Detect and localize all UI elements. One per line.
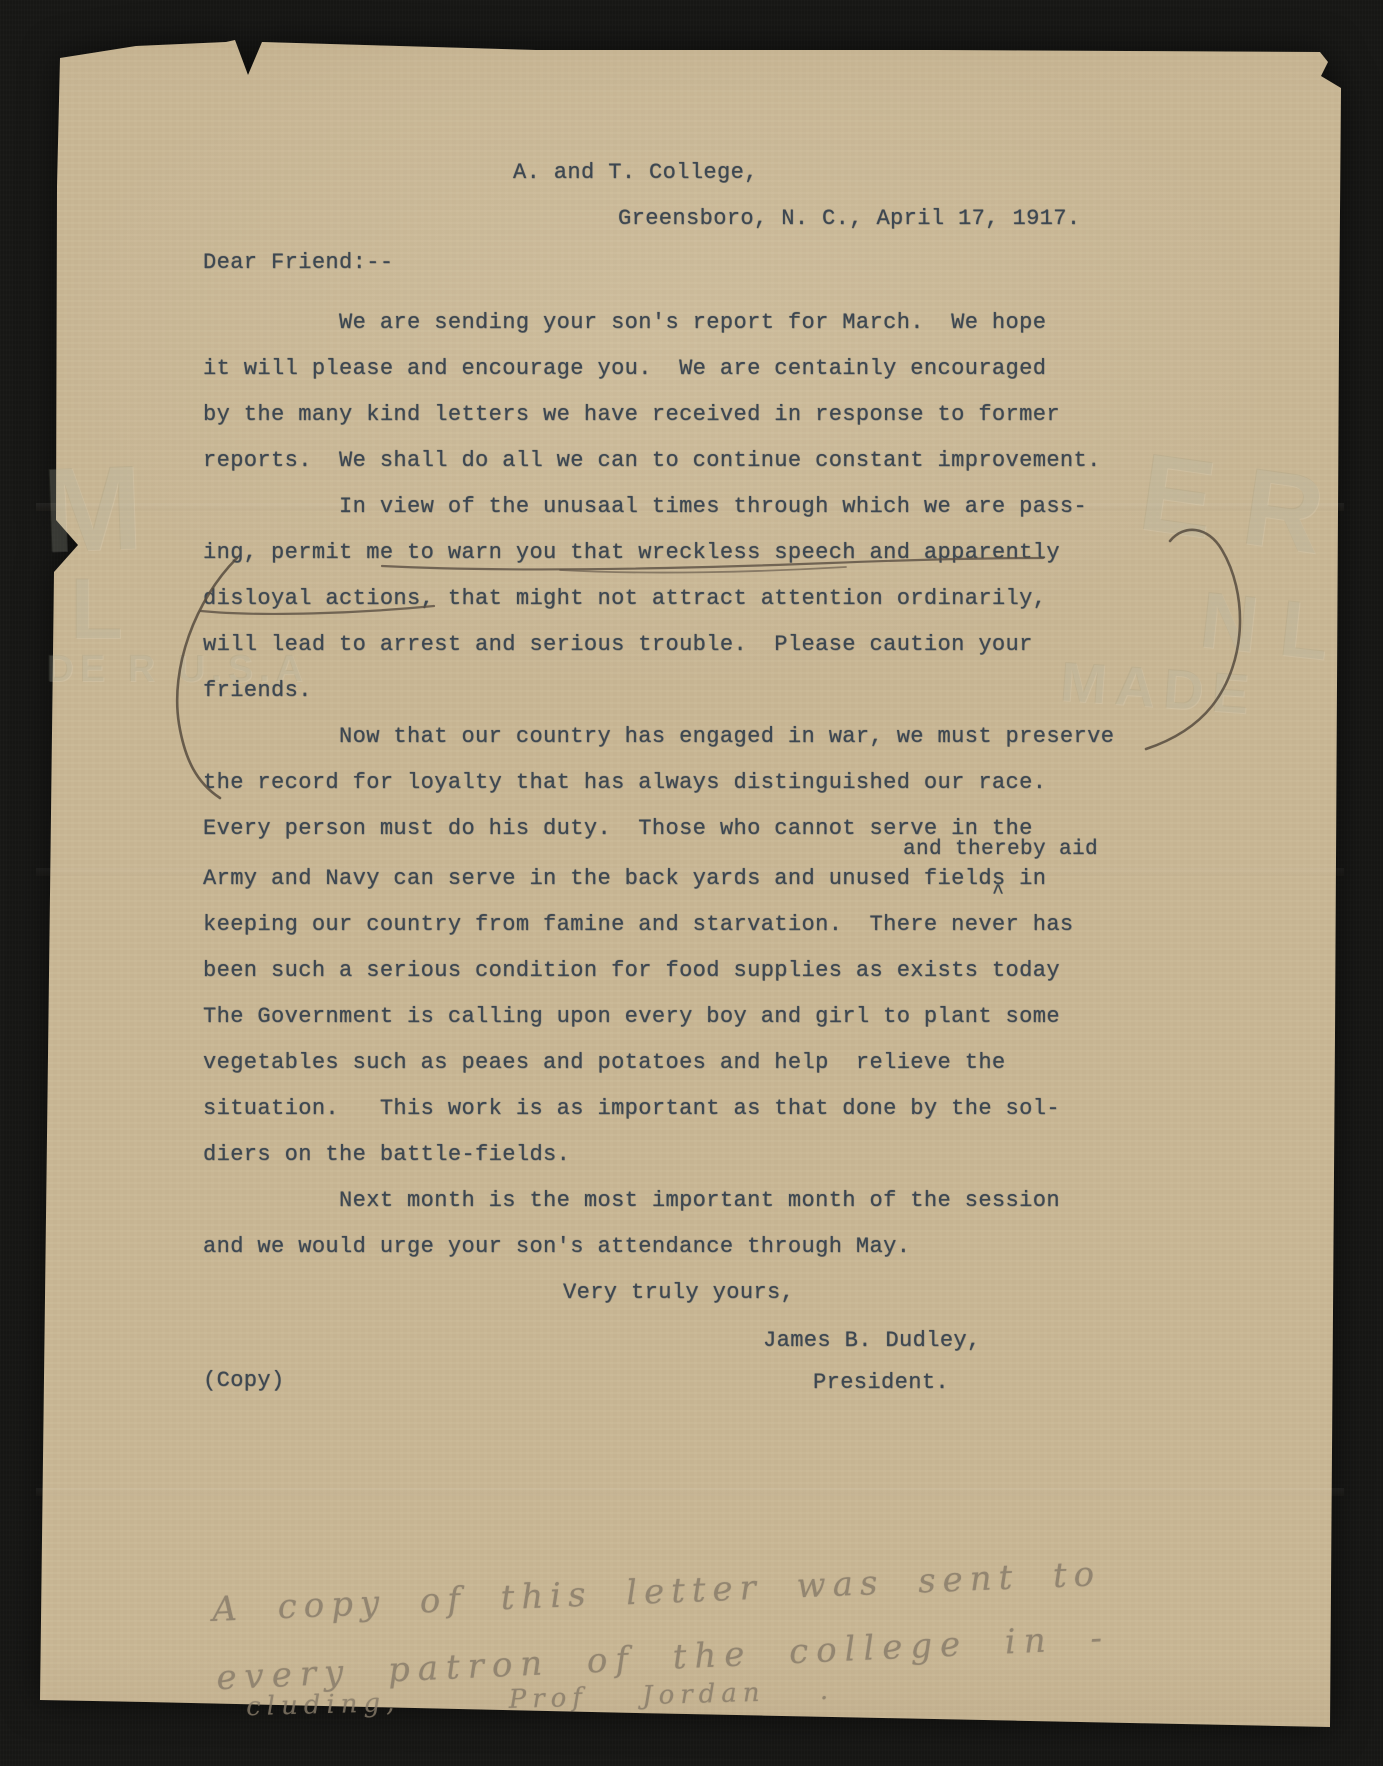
body-line: Next month is the most important month o… xyxy=(203,1188,1060,1213)
body-line: In view of the unusaal times through whi… xyxy=(203,494,1087,519)
body-line: it will please and encourage you. We are… xyxy=(203,356,1046,381)
body-line: Now that our country has engaged in war,… xyxy=(203,724,1114,749)
body-line: the record for loyalty that has always d… xyxy=(203,770,1046,795)
body-line: We are sending your son's report for Mar… xyxy=(203,310,1046,335)
body-line: will lead to arrest and serious trouble.… xyxy=(203,632,1033,657)
letterhead-college: A. and T. College, xyxy=(513,160,758,185)
body-line: by the many kind letters we have receive… xyxy=(203,402,1060,427)
body-line: reports. We shall do all we can to conti… xyxy=(203,448,1101,473)
body-line: vegetables such as peaes and potatoes an… xyxy=(203,1050,1006,1075)
body-line: ing, permit me to warn you that wreckles… xyxy=(203,540,1060,565)
copy-notation: (Copy) xyxy=(203,1368,285,1393)
letterhead-date: Greensboro, N. C., April 17, 1917. xyxy=(618,206,1080,231)
body-line: been such a serious condition for food s… xyxy=(203,958,1060,983)
body-line: diers on the battle-fields. xyxy=(203,1142,570,1167)
valediction: Very truly yours, xyxy=(563,1280,794,1305)
insertion-caret: ^ xyxy=(992,882,1004,905)
body-line: friends. xyxy=(203,678,312,703)
body-line: situation. This work is as important as … xyxy=(203,1096,1060,1121)
salutation: Dear Friend:-- xyxy=(203,250,393,275)
interlinear-insertion: and thereby aid xyxy=(903,838,1098,861)
body-line: and we would urge your son's attendance … xyxy=(203,1234,910,1259)
body-line: Army and Navy can serve in the back yard… xyxy=(203,866,1046,891)
body-line: keeping our country from famine and star… xyxy=(203,912,1074,937)
signature-title: President. xyxy=(813,1370,949,1395)
body-line: The Government is calling upon every boy… xyxy=(203,1004,1060,1029)
body-line: disloyal actions, that might not attract… xyxy=(203,586,1046,611)
photographed-letter-scan: { "document": { "header": { "college_lin… xyxy=(0,0,1383,1766)
signature-name: James B. Dudley, xyxy=(763,1328,981,1353)
